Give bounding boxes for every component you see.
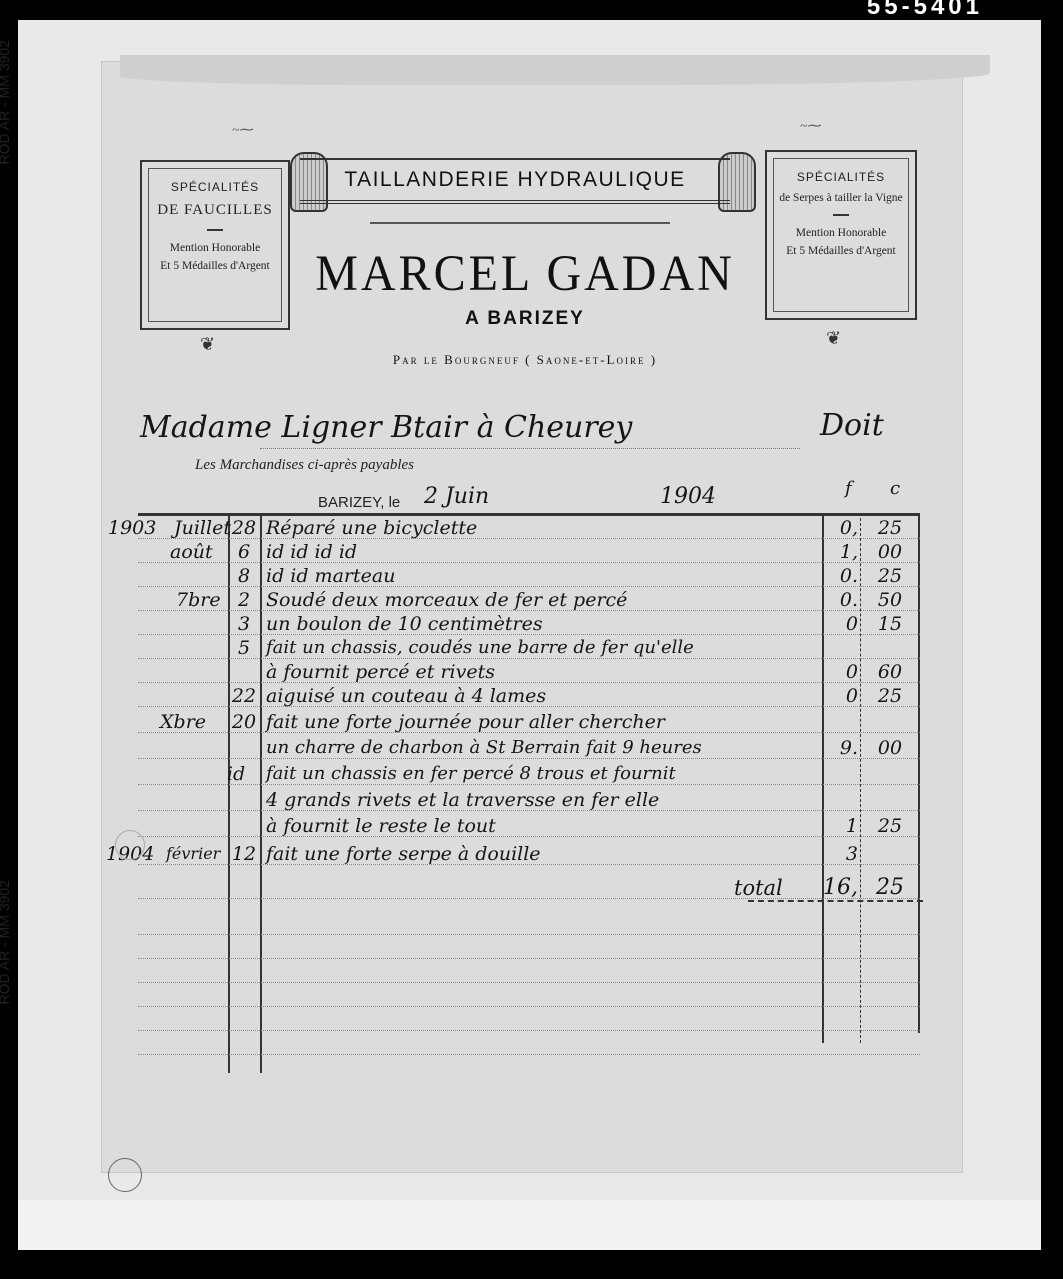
ledger-empty-row [138,985,920,1009]
row-centimes: 25 [870,813,910,839]
right-box-award-1: Mention Honorable [767,224,915,242]
film-edge-label: ROD AR - MM 3902 [0,880,12,1004]
trade-banner: TAILLANDERIE HYDRAULIQUE [300,158,730,204]
row-day: 28 [228,515,260,541]
row-description: 4 grands rivets et la traversse en fer e… [266,787,659,813]
ledger-row: id fait un chassis en fer percé 8 trous … [138,763,920,787]
francs-header: f [845,478,852,499]
row-francs: 0 [818,659,858,685]
ledger-row: un charre de charbon à St Berrain fait 9… [138,737,920,761]
flourish-ornament-icon: ❦ [200,334,215,355]
row-francs: 3 [818,841,858,867]
ledger-row: 3 un boulon de 10 centimètres 0 15 [138,613,920,637]
left-box-specialty: DE FAUCILLES [142,202,288,219]
divider [833,214,849,216]
postal-route: Par le Bourgneuf ( Saone-et-Loire ) [300,352,750,368]
row-description: fait un chassis, coudés une barre de fer… [266,635,694,661]
flourish-ornament-icon: ❦ [826,328,841,349]
left-box-award-2: Et 5 Médailles d'Argent [142,257,288,275]
ledger-row: 7bre 2 Soudé deux morceaux de fer et per… [138,589,920,613]
row-centimes: 25 [870,515,910,541]
trade-title: TAILLANDERIE HYDRAULIQUE [344,168,685,191]
divider [207,229,223,231]
invoice-year: 1904 [660,484,716,509]
row-centimes: 25 [870,563,910,589]
row-centimes: 60 [870,659,910,685]
row-francs: 0 [818,611,858,637]
ledger-empty-row [138,913,920,937]
ledger-row: 1904 février 12 fait une forte serpe à d… [138,843,920,867]
ledger-empty-row [138,1009,920,1033]
row-day: 3 [228,611,260,637]
row-day: 2 [228,587,260,613]
row-year: 1903 [108,515,168,541]
right-box-specialty: de Serpes à tailler la Vigne [767,192,915,204]
row-description: id id marteau [266,563,395,589]
row-day: 22 [228,683,260,709]
left-box-award-1: Mention Honorable [142,239,288,257]
right-specialty-box: SPÉCIALITÉS de Serpes à tailler la Vigne… [765,150,917,320]
maker-name: MARCEL GADAN [300,245,750,303]
maker-town: A BARIZEY [300,308,750,330]
film-frame-number: 55-5401 [867,0,983,14]
ledger-row: 1903 Juillet 28 Réparé une bicyclette 0,… [138,517,920,541]
invoice-date: 2 Juin [424,484,489,509]
row-description: fait une forte journée pour aller cherch… [266,709,665,735]
row-day: 20 [228,709,260,735]
addressee-rule [260,448,800,449]
right-box-title: SPÉCIALITÉS [767,170,915,184]
row-centimes: 25 [870,683,910,709]
backing-sheet-lower [18,1200,1041,1250]
ledger-row: 8 id id marteau 0. 25 [138,565,920,589]
decorative-rule [370,222,670,224]
archive-stamp-icon [108,1158,142,1192]
row-centimes: 15 [870,611,910,637]
total-centimes: 25 [870,875,910,901]
total-label: total [734,875,783,901]
row-description: Réparé une bicyclette [266,515,477,541]
row-description: fait un chassis en fer percé 8 trous et … [266,761,676,787]
row-centimes: 00 [870,735,910,761]
doit-label: Doit [820,408,884,443]
row-description: fait une forte serpe à douille [266,841,541,867]
ledger-empty-row [138,1033,920,1057]
row-description: id id id id [266,539,357,565]
ledger-empty-row [138,961,920,985]
total-francs: 16, [818,875,858,901]
row-francs: 1 [818,813,858,839]
row-description: à fournit le reste le tout [266,813,496,839]
ledger-total-row: total 16, 25 [138,877,920,901]
row-francs: 0 [818,683,858,709]
right-box-award-2: Et 5 Médailles d'Argent [767,242,915,260]
centimes-header: c [890,478,900,499]
row-day: 12 [228,841,260,867]
row-description: aiguisé un couteau à 4 lames [266,683,546,709]
ledger-empty-row [138,937,920,961]
row-description: à fournit percé et rivets [266,659,495,685]
row-centimes: 00 [870,539,910,565]
margin-mark: ~⁓ [800,118,822,135]
ledger-row: Xbre 20 fait une forte journée pour alle… [138,711,920,735]
ledger-row: à fournit percé et rivets 0 60 [138,661,920,685]
faint-stamp-icon [115,830,145,860]
ledger-row: à fournit le reste le tout 1 25 [138,815,920,839]
ledger-table: 1903 Juillet 28 Réparé une bicyclette 0,… [138,513,920,1073]
row-francs: 1, [818,539,858,565]
left-box-title: SPÉCIALITÉS [142,180,288,194]
row-day: 5 [228,635,260,661]
row-centimes: 50 [870,587,910,613]
left-specialty-box: SPÉCIALITÉS DE FAUCILLES Mention Honorab… [140,160,290,330]
place-label: BARIZEY, le [318,494,400,511]
row-francs: 0. [818,587,858,613]
row-francs: 0, [818,515,858,541]
addressee: Madame Ligner Btair à Cheurey [140,410,632,445]
payment-terms: Les Marchandises ci-après payables [195,457,414,474]
margin-mark: ~⁓ [232,122,254,139]
ledger-row: 22 aiguisé un couteau à 4 lames 0 25 [138,685,920,709]
row-day: 6 [228,539,260,565]
ledger-row: 4 grands rivets et la traversse en fer e… [138,789,920,813]
ledger-row: août 6 id id id id 1, 00 [138,541,920,565]
row-day: 8 [228,563,260,589]
row-description: un charre de charbon à St Berrain fait 9… [266,735,702,761]
row-day: id [220,761,252,787]
ledger-row: 5 fait un chassis, coudés une barre de f… [138,637,920,661]
film-edge-label: ROD AR - MM 3902 [0,40,12,164]
row-description: un boulon de 10 centimètres [266,611,543,637]
sheet-fold-shadow [120,55,990,85]
row-description: Soudé deux morceaux de fer et percé [266,587,627,613]
row-francs: 0. [818,563,858,589]
row-francs: 9. [818,735,858,761]
row-month: 7bre [176,587,276,613]
